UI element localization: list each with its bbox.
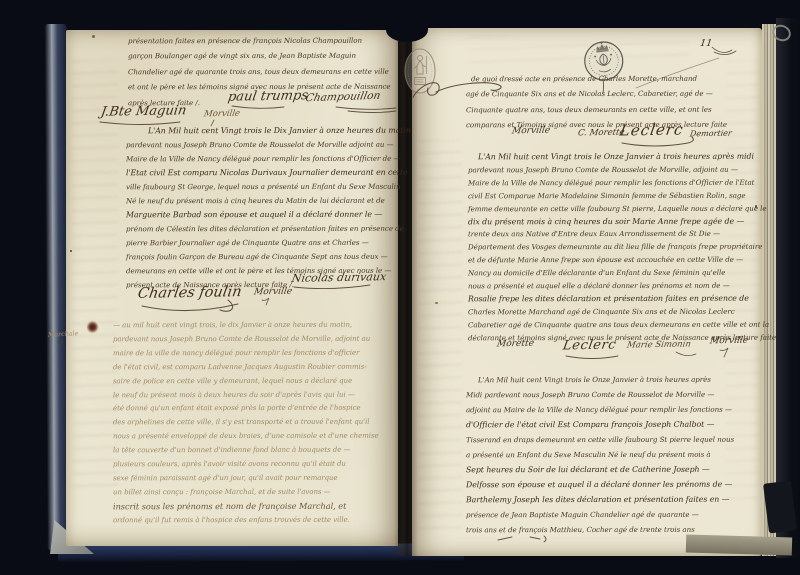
handwritten-line: pardevant nous Joseph Bruno Comte de Rou… xyxy=(468,164,776,178)
handwritten-line: L'An Mil huit cent Vingt trois le Onze J… xyxy=(478,372,734,388)
handwritten-line: présence de Jean Baptiste Maguin Chandel… xyxy=(466,507,734,523)
signature-morville: Morville xyxy=(253,287,293,298)
gutter-top-notch xyxy=(386,18,428,42)
signature-leclerc: Leclerc xyxy=(618,120,685,139)
handwritten-line: inscrit sous les prénoms et nom de franç… xyxy=(113,500,379,514)
handwritten-line: françois foulin Garçon de Bureau agé de … xyxy=(126,250,411,265)
signature-leclerc: Leclerc xyxy=(562,338,618,354)
signature-morette: Morette xyxy=(496,339,535,350)
handwritten-line: Maire de la Ville de Nancy délégué pour … xyxy=(468,176,776,190)
signature-durivaux: Nicolas durivaux xyxy=(291,270,387,285)
handwritten-line: civil Est Comparue Marie Madelaine Simon… xyxy=(468,189,776,203)
handwritten-line: Nancy au domicile d'Elle déclarante d'un… xyxy=(468,267,776,281)
handwritten-line: sexe féminin paraissant agé d'un jour, q… xyxy=(113,472,379,486)
handwritten-line: Cabaretier agé de Cinquante quatre ans t… xyxy=(468,318,776,332)
handwritten-line: L'An Mil huit cent Vingt trois le Onze J… xyxy=(478,151,776,165)
handwritten-line: le neuf du présent mois à deux heures du… xyxy=(113,388,379,402)
page-number: 11 xyxy=(699,38,713,49)
bleedthrough-ghost-text xyxy=(418,140,462,530)
handwritten-line: des orphelines de cette ville, il s'y es… xyxy=(113,416,379,430)
handwritten-line: Charles Morette Marchand agé de Cinquant… xyxy=(468,306,776,320)
fly-speck xyxy=(92,35,95,38)
handwritten-line: Midi pardevant nous Joseph Bruno Comte d… xyxy=(466,387,734,403)
handwritten-line: Chandelier agé de quarante trois ans, to… xyxy=(128,64,391,80)
handwritten-line: ordonné qu'il fut remis à l'hospice des … xyxy=(113,513,379,527)
book-cover-corner-bottom-right xyxy=(686,535,792,556)
handwritten-line: pardevant nous Joseph Bruno Comte de Rou… xyxy=(126,138,411,153)
book-cover-corner-right xyxy=(763,480,797,533)
crown-stamp-icon xyxy=(580,35,628,92)
handwritten-line: prénom de Célestin les dites déclaration… xyxy=(126,222,411,237)
handwritten-line: pierre Barbier Journalier agé de Cinquan… xyxy=(126,236,411,251)
handwritten-line: maire de la ville de nancy délégué pour … xyxy=(113,347,379,361)
handwritten-line: nous a présenté et auquel elle a déclaré… xyxy=(468,280,776,294)
handwritten-line: de l'état civil, est comparu Ladvenne Ja… xyxy=(113,360,379,374)
embossed-seal-icon xyxy=(401,45,439,101)
handwritten-line: dix du présent mois à cinq heures du soi… xyxy=(468,215,776,229)
birth-act-frepe: L'An Mil huit cent Vingt trois le Onze J… xyxy=(468,151,776,345)
handwritten-line: Département des Vosges demeurante au dit… xyxy=(468,241,776,255)
handwritten-line: Delfosse son épouse et auquel il a décla… xyxy=(466,477,734,493)
signature-paul-trumps: paul trumps xyxy=(227,88,309,104)
fly-speck xyxy=(435,302,438,304)
handwritten-line: Maire de la Ville de Nancy délégué pour … xyxy=(126,152,411,167)
handwritten-line: a présenté un Enfant du Sexe Masculin Né… xyxy=(466,447,734,463)
handwritten-line: et de défunte Marie Anne frepe son épous… xyxy=(468,254,776,268)
signature-morville: Morville xyxy=(709,336,749,347)
handwritten-line: — au mil huit cent vingt trois, le dix J… xyxy=(113,319,379,333)
handwritten-line: un billet ainsi conçu : françoise Marcha… xyxy=(113,486,379,500)
handwritten-line: plusieurs couleurs, après l'avoir visité… xyxy=(113,458,379,472)
handwritten-line: L'An Mil huit cent Vingt trois le Dix Ja… xyxy=(148,124,411,139)
handwritten-line: Rosalie frepe les dites déclaration et p… xyxy=(468,293,776,307)
handwritten-line: adjoint au Maire de la Ville de Nancy dé… xyxy=(466,402,734,418)
handwritten-line: Barthelemy Joseph les dites déclaration … xyxy=(466,492,734,508)
handwritten-line: Cinquante quatre ans, tous deux demeuran… xyxy=(466,101,727,117)
handwritten-line: présentation faites en présence de franç… xyxy=(128,33,391,49)
signature-foulin: Charles foulin xyxy=(137,284,243,302)
handwritten-line: trois ans et de françois Matthieu, Coche… xyxy=(466,522,734,538)
register-book-scan: présentation faites en présence de franç… xyxy=(0,0,800,575)
handwritten-line: Sept heures du Soir de lui déclarant et … xyxy=(466,462,734,478)
signature-maguin: J.Bte Maguin xyxy=(100,103,188,119)
handwritten-line: été donné qu'un enfant était exposé près… xyxy=(113,402,379,416)
handwritten-line: ville faubourg St George, lequel nous a … xyxy=(126,180,411,195)
handwritten-line: pardevant nous Joseph Bruno Comte de Rou… xyxy=(113,333,379,347)
handwritten-line: trente deux ans Native d'Entre deux Eaux… xyxy=(468,228,776,242)
handwritten-line: Né le neuf du présent mois à cinq heures… xyxy=(126,194,411,209)
birth-act-durivaux: L'An Mil huit cent Vingt trois le Dix Ja… xyxy=(126,124,411,292)
handwritten-line: d'Officier de l'état civil Est Comparu f… xyxy=(466,417,734,433)
handwritten-line: Tisserand en draps demeurant en cette vi… xyxy=(466,432,734,448)
fly-speck xyxy=(70,250,72,252)
handwritten-line: saire de police en cette ville y demeura… xyxy=(113,374,379,388)
ink-stain xyxy=(87,321,98,333)
handwritten-line: femme demeurante en cette ville faubourg… xyxy=(468,202,776,216)
foundling-act-marchal: — au mil huit cent vingt trois, le dix J… xyxy=(113,319,379,528)
handwritten-line: l'Etat civil Est comparu Nicolas Durivau… xyxy=(126,166,411,181)
signature-demortier: Demortier xyxy=(689,129,732,139)
signature-simonin: Marie Simonin xyxy=(626,339,691,350)
handwritten-line: Marguerite Barbad son épouse et auquel i… xyxy=(126,208,411,223)
bleedthrough-ghost-text xyxy=(72,60,118,490)
signature-morville: Morville xyxy=(511,126,551,137)
birth-act-chalbot: L'An Mil huit cent Vingt trois le Onze J… xyxy=(466,372,734,537)
handwritten-line: garçon Boulanger agé de vingt six ans, d… xyxy=(128,48,391,64)
handwritten-line: nous a présenté enveloppé de deux braies… xyxy=(113,430,379,444)
book-cover-right-edge xyxy=(776,18,798,558)
handwritten-line: la tête couverte d'un bonnet d'indienne … xyxy=(113,444,379,458)
signature-morville: Morville xyxy=(203,109,241,120)
